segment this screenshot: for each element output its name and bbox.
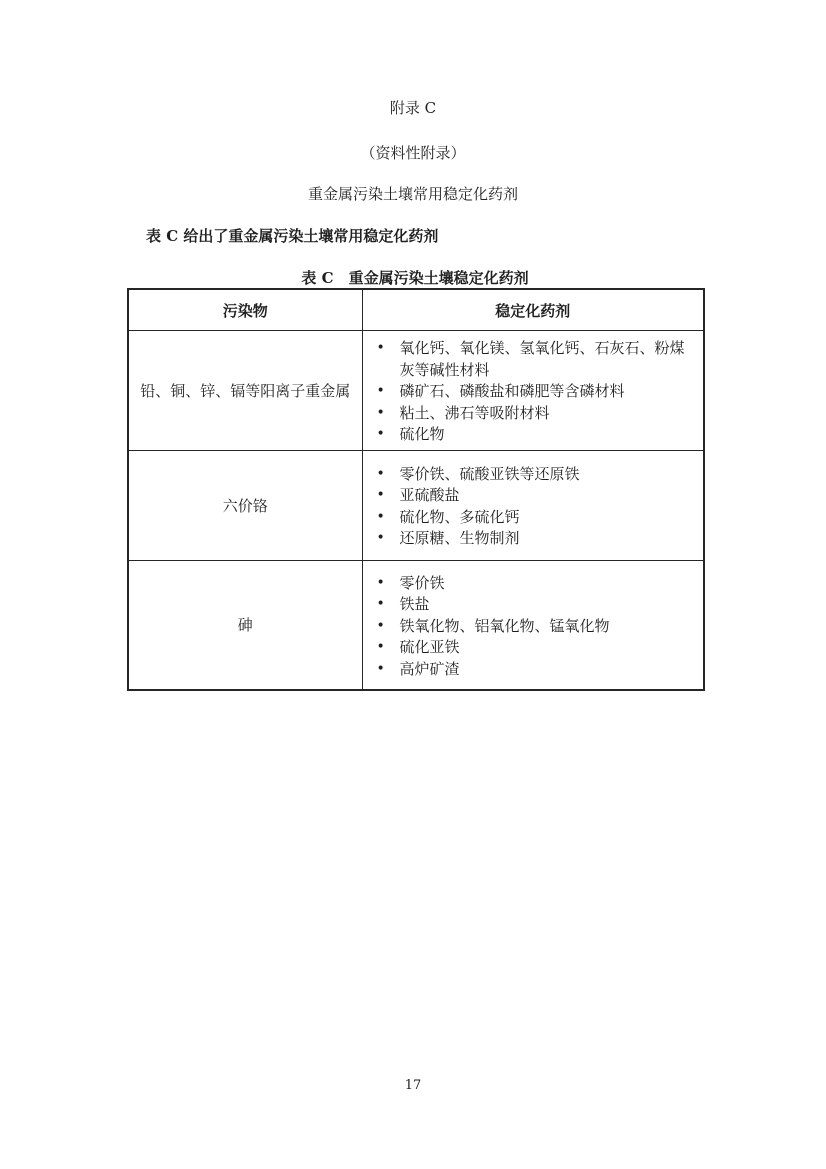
table-caption: 表 C 重金属污染土壤稳定化药剂	[127, 268, 703, 288]
agent-item: 铁氧化物、铝氧化物、锰氧化物	[363, 616, 700, 638]
agent-item: 氧化钙、氧化镁、氢氧化钙、石灰石、粉煤灰等碱性材料	[363, 338, 700, 381]
agent-item: 磷矿石、磷酸盐和磷肥等含磷材料	[363, 381, 700, 403]
column-header-agent: 稳定化药剂	[362, 289, 704, 331]
agent-item: 亚硫酸盐	[363, 485, 700, 507]
table-row: 铅、铜、锌、镉等阳离子重金属 氧化钙、氧化镁、氢氧化钙、石灰石、粉煤灰等碱性材料…	[128, 331, 704, 451]
agent-item: 零价铁、硫酸亚铁等还原铁	[363, 464, 700, 486]
appendix-heading: 重金属污染土壤常用稳定化药剂	[0, 184, 826, 204]
agent-item: 硫化物、多硫化钙	[363, 507, 700, 529]
agent-item: 粘土、沸石等吸附材料	[363, 403, 700, 425]
agent-item: 硫化物	[363, 424, 700, 446]
agents-cell: 零价铁、硫酸亚铁等还原铁 亚硫酸盐 硫化物、多硫化钙 还原糖、生物制剂	[362, 450, 704, 560]
pollutant-cell: 铅、铜、锌、镉等阳离子重金属	[128, 331, 362, 451]
stabilization-agents-table: 污染物 稳定化药剂 铅、铜、锌、镉等阳离子重金属 氧化钙、氧化镁、氢氧化钙、石灰…	[127, 288, 705, 691]
agent-list: 零价铁 铁盐 铁氧化物、铝氧化物、锰氧化物 硫化亚铁 高炉矿渣	[363, 573, 700, 681]
page-number: 17	[0, 1077, 826, 1095]
appendix-subtitle: （资料性附录）	[0, 143, 826, 163]
agent-item: 高炉矿渣	[363, 659, 700, 681]
column-header-pollutant: 污染物	[128, 289, 362, 331]
agent-item: 硫化亚铁	[363, 637, 700, 659]
agent-item: 铁盐	[363, 594, 700, 616]
table-header-row: 污染物 稳定化药剂	[128, 289, 704, 331]
agent-item: 还原糖、生物制剂	[363, 528, 700, 550]
table-row: 砷 零价铁 铁盐 铁氧化物、铝氧化物、锰氧化物 硫化亚铁 高炉矿渣	[128, 560, 704, 690]
document-page: 附录 C （资料性附录） 重金属污染土壤常用稳定化药剂 表 C 给出了重金属污染…	[0, 0, 826, 1169]
pollutant-cell: 砷	[128, 560, 362, 690]
agents-cell: 零价铁 铁盐 铁氧化物、铝氧化物、锰氧化物 硫化亚铁 高炉矿渣	[362, 560, 704, 690]
agents-cell: 氧化钙、氧化镁、氢氧化钙、石灰石、粉煤灰等碱性材料 磷矿石、磷酸盐和磷肥等含磷材…	[362, 331, 704, 451]
pollutant-cell: 六价铬	[128, 450, 362, 560]
table-row: 六价铬 零价铁、硫酸亚铁等还原铁 亚硫酸盐 硫化物、多硫化钙 还原糖、生物制剂	[128, 450, 704, 560]
intro-paragraph: 表 C 给出了重金属污染土壤常用稳定化药剂	[146, 226, 438, 246]
agent-list: 氧化钙、氧化镁、氢氧化钙、石灰石、粉煤灰等碱性材料 磷矿石、磷酸盐和磷肥等含磷材…	[363, 338, 700, 446]
agent-item: 零价铁	[363, 573, 700, 595]
appendix-title: 附录 C	[0, 98, 826, 118]
agent-list: 零价铁、硫酸亚铁等还原铁 亚硫酸盐 硫化物、多硫化钙 还原糖、生物制剂	[363, 464, 700, 550]
